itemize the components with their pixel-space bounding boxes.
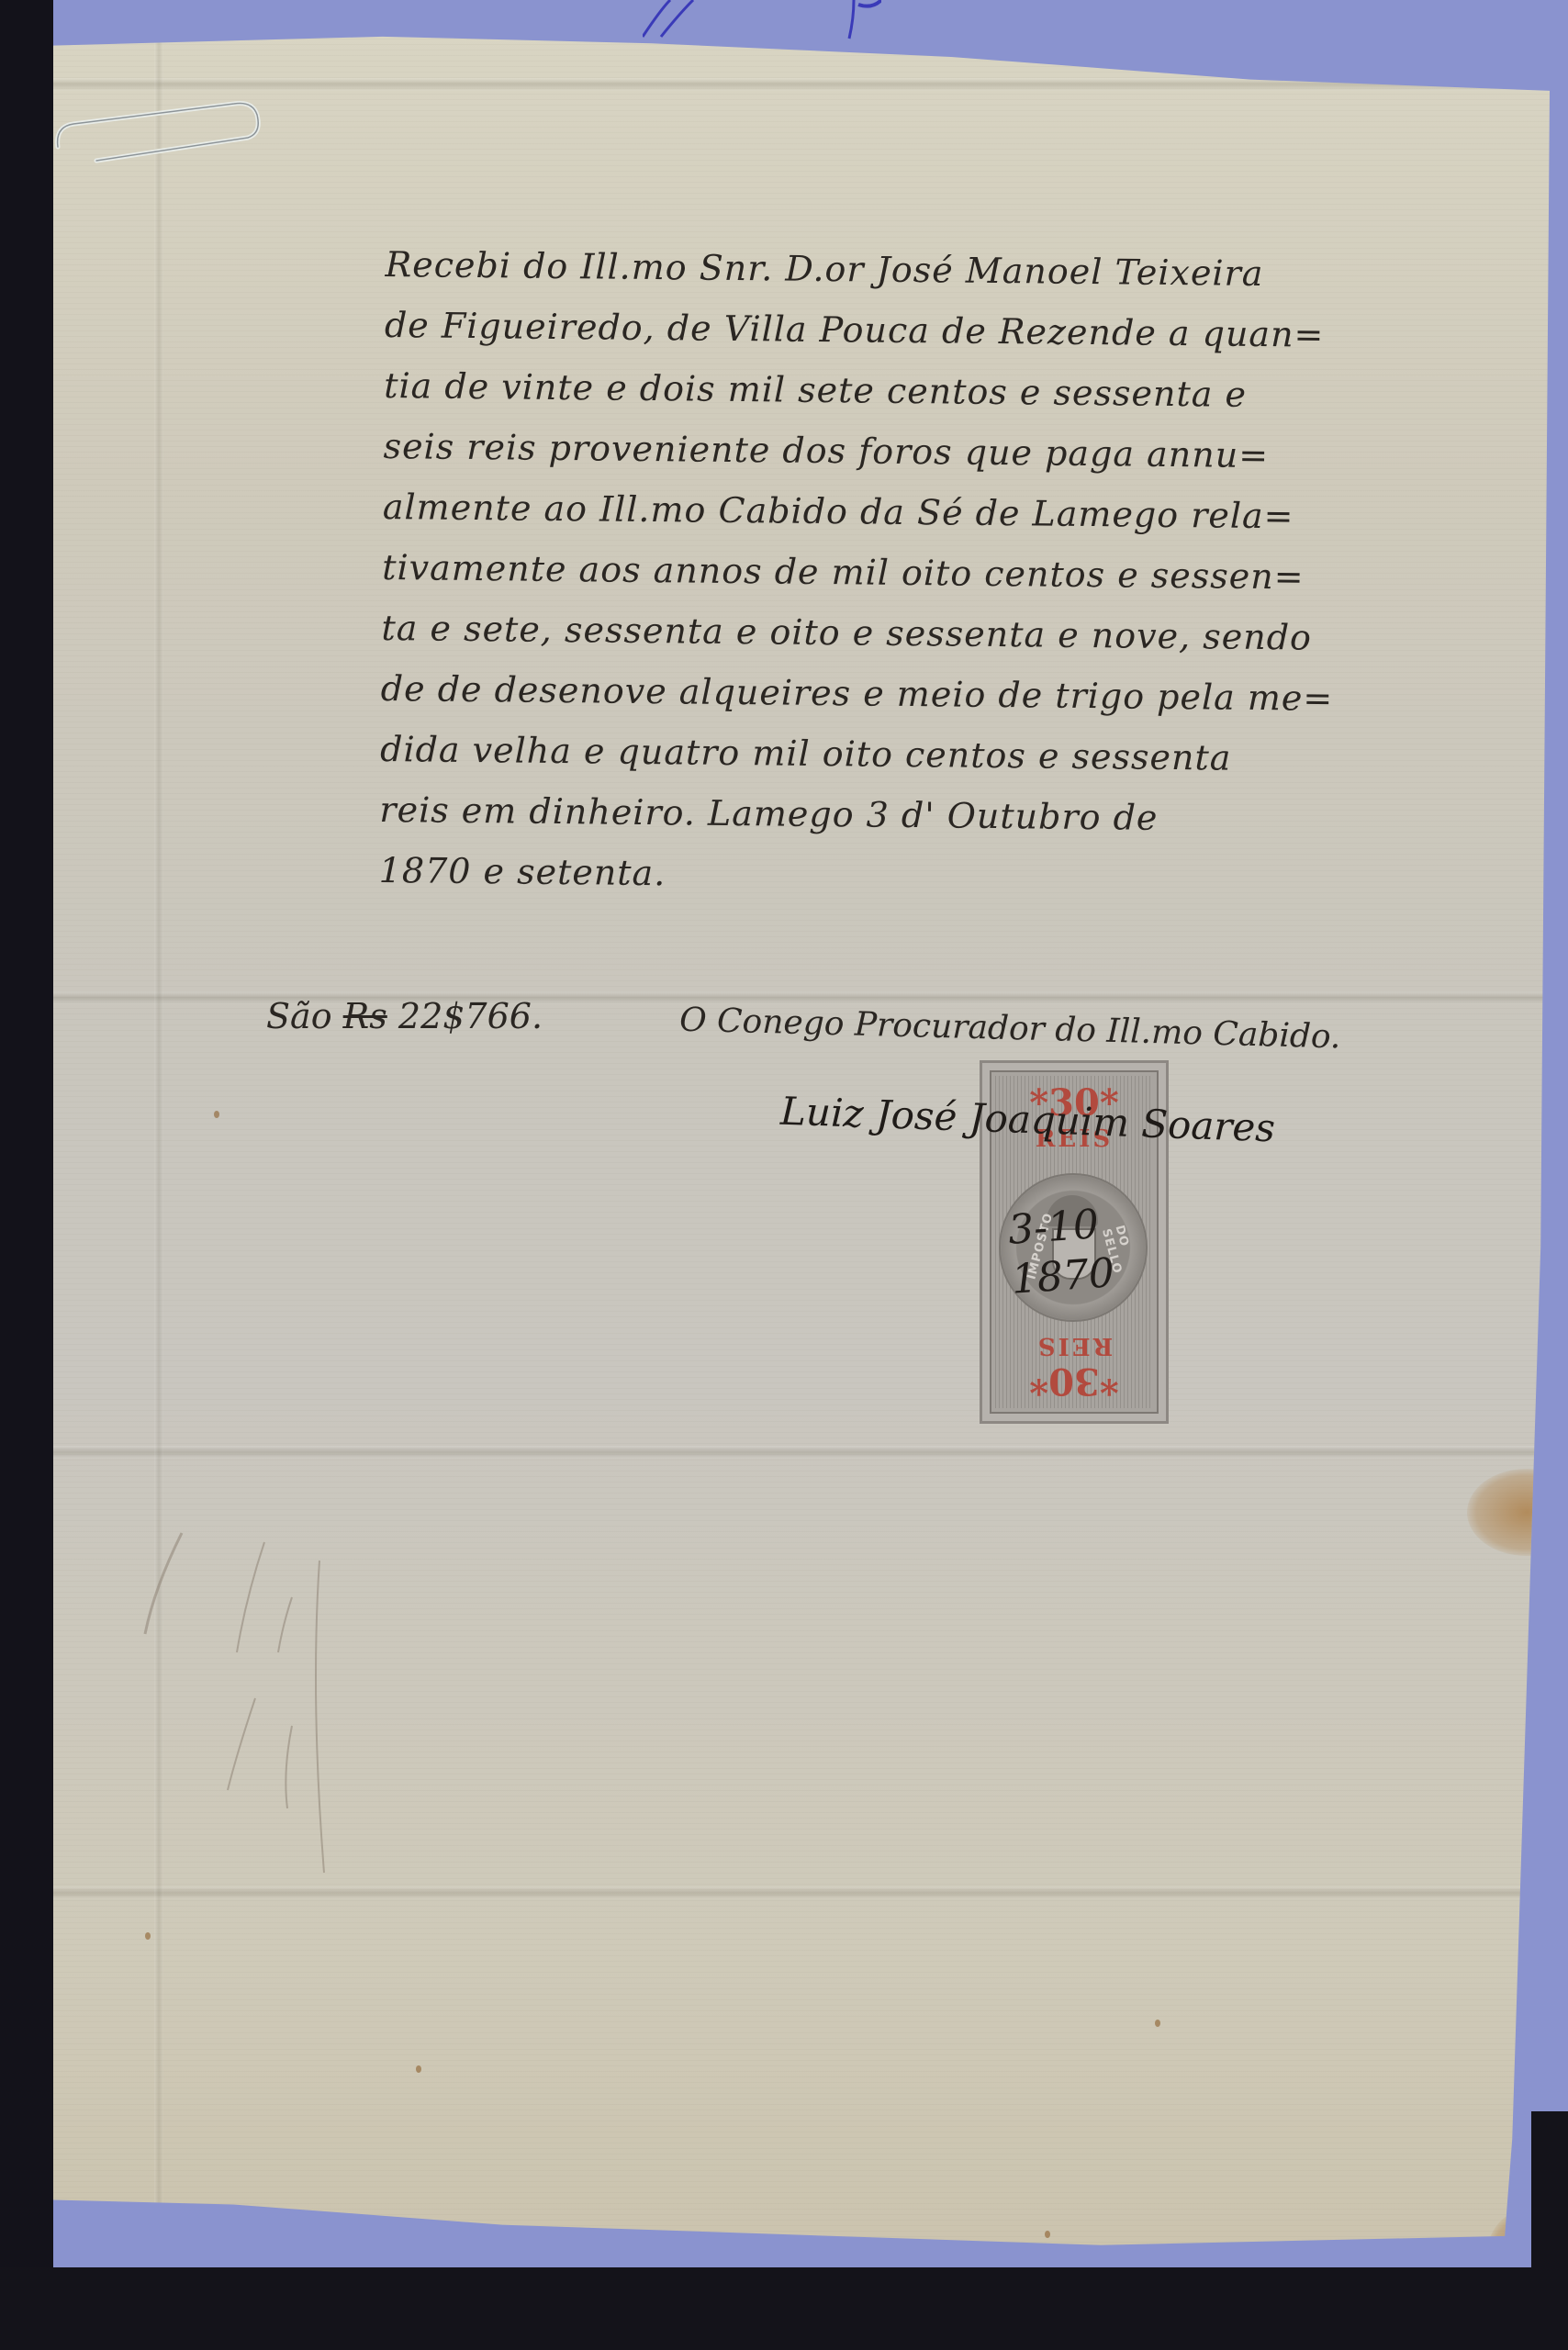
foxing-spot [1155, 2020, 1160, 2027]
foxing-spot [145, 1932, 151, 1940]
foxing-spot [416, 2065, 421, 2073]
stamp-unit-bottom: REIS [982, 1332, 1166, 1360]
stamp-inverted-value: *30* REIS [982, 1332, 1166, 1403]
foxing-spot [214, 1111, 219, 1118]
stamp-cancellation: 3-10 1870 [1006, 1199, 1115, 1305]
foxing-spot [1045, 2231, 1050, 2238]
fold-crease [53, 1446, 1550, 1459]
cancellation-date: 3-10 [1006, 1199, 1112, 1256]
reference-struck: Rs [343, 996, 387, 1036]
pencil-bleedthrough [127, 1515, 347, 1900]
reference-amount: 22$766. [398, 996, 543, 1036]
dark-background-corner [1531, 2111, 1568, 2350]
dark-background-left [0, 0, 53, 2350]
amount-reference: São Rs 22$766. [266, 996, 543, 1036]
fold-crease-vertical [154, 28, 163, 2286]
dark-background-bottom [0, 2267, 1568, 2350]
fold-crease [53, 78, 1550, 91]
paperclip-icon [50, 96, 262, 170]
body-line: 1870 e setenta. [378, 840, 1499, 912]
cancellation-year: 1870 [1010, 1248, 1115, 1305]
stamp-value-bottom: *30* [982, 1360, 1166, 1403]
reference-prefix: São [266, 996, 332, 1036]
receipt-body: Recebi do Ill.mo Snr. D.or José Manoel T… [378, 234, 1506, 912]
blue-ink-mark [643, 0, 881, 41]
